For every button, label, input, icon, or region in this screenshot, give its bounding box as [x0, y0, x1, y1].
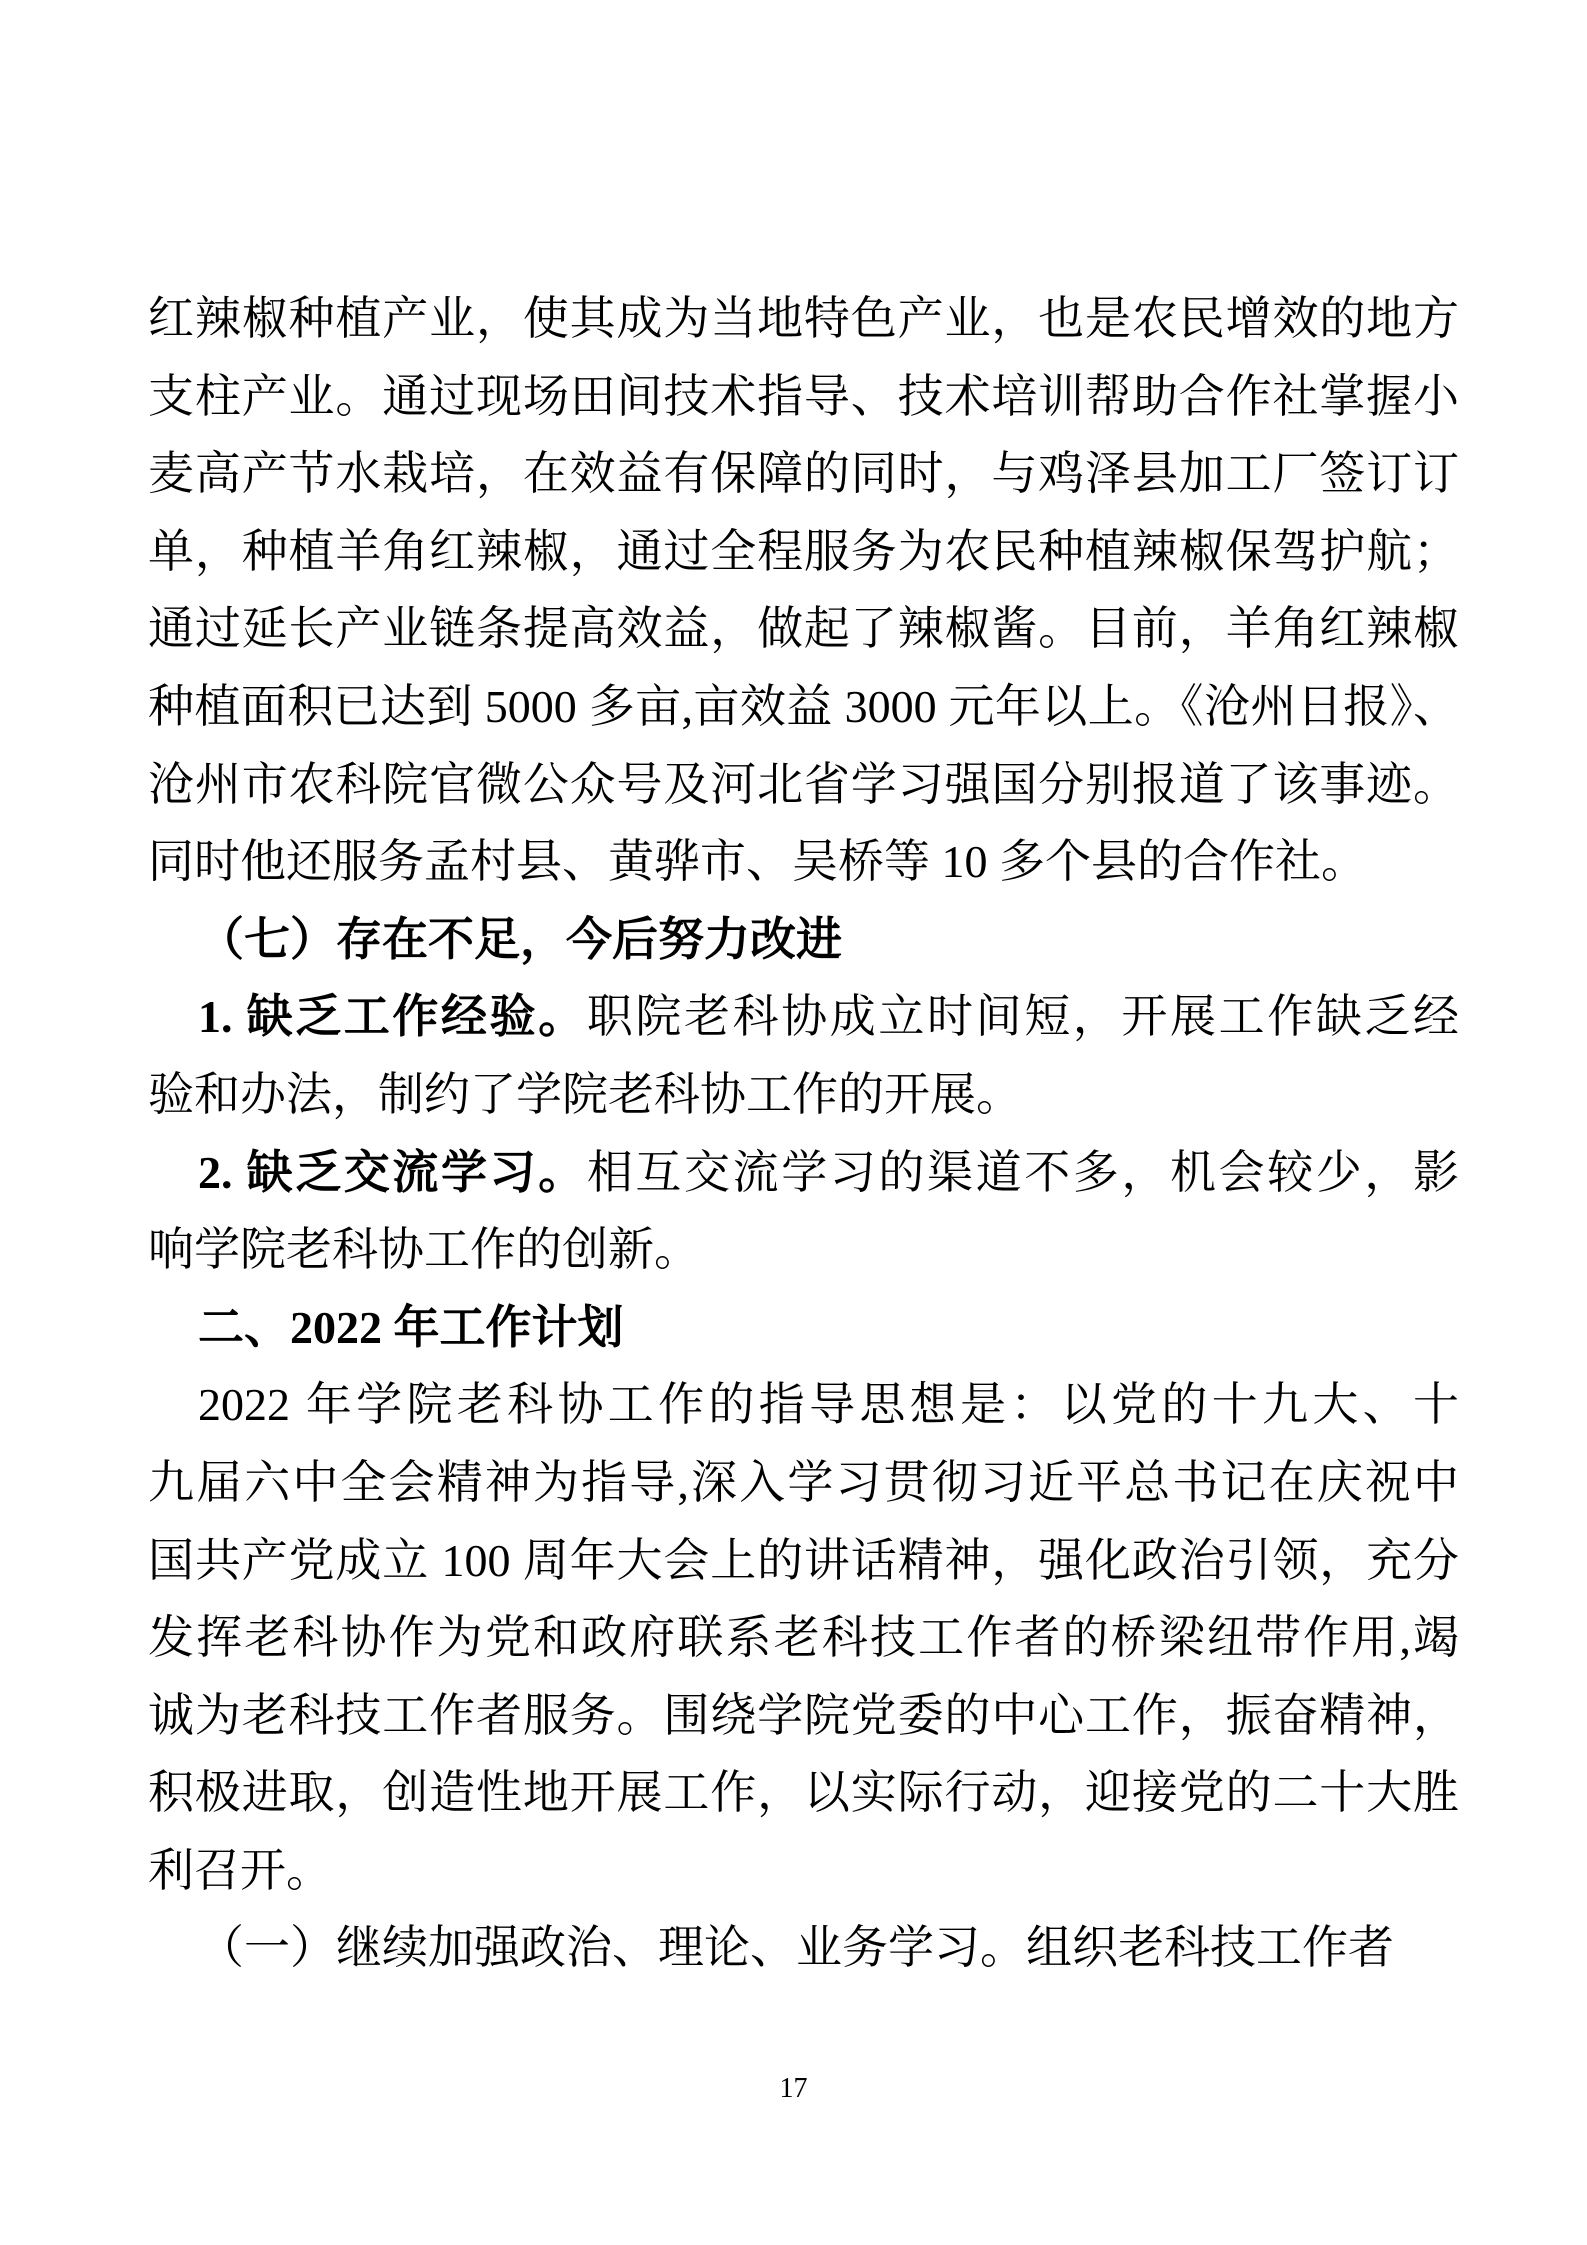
text-line: 种植面积已达到 5000 多亩,亩效益 3000 元年以上。《沧州日报》、 — [148, 668, 1459, 746]
text-line: 支柱产业。通过现场田间技术指导、技术培训帮助合作社掌握小 — [148, 358, 1459, 436]
text-line: 积极进取，创造性地开展工作，以实际行动，迎接党的二十大胜 — [148, 1754, 1459, 1832]
subitem-text: 相互交流学习的渠道不多，机会较少，影 — [587, 1147, 1459, 1198]
text-line: 发挥老科协作为党和政府联系老科技工作者的桥梁纽带作用,竭 — [148, 1599, 1459, 1677]
section-heading: 二、2022 年工作计划 — [148, 1289, 1459, 1367]
text-line: 单，种植羊角红辣椒，通过全程服务为农民种植辣椒保驾护航； — [148, 513, 1459, 591]
text-line: 通过延长产业链条提高效益，做起了辣椒酱。目前，羊角红辣椒 — [148, 590, 1459, 668]
text-line: 九届六中全会精神为指导,深入学习贯彻习近平总书记在庆祝中 — [148, 1444, 1459, 1522]
text-block: 红辣椒种植产业，使其成为当地特色产业，也是农民增效的地方 支柱产业。通过现场田间… — [148, 280, 1459, 1987]
text-line: 国共产党成立 100 周年大会上的讲话精神，强化政治引领，充分 — [148, 1522, 1459, 1600]
text-line: （一）继续加强政治、理论、业务学习。组织老科技工作者 — [148, 1909, 1459, 1987]
text-line: 红辣椒种植产业，使其成为当地特色产业，也是农民增效的地方 — [148, 280, 1459, 358]
text-line: 验和办法，制约了学院老科协工作的开展。 — [148, 1056, 1459, 1134]
subitem-text: 职院老科协成立时间短，开展工作缺乏经 — [587, 991, 1459, 1042]
subitem-label: 1. 缺乏工作经验。 — [198, 991, 587, 1042]
text-line: 麦高产节水栽培，在效益有保障的同时，与鸡泽县加工厂签订订 — [148, 435, 1459, 513]
text-line: 1. 缺乏工作经验。职院老科协成立时间短，开展工作缺乏经 — [148, 978, 1459, 1056]
document-page: 红辣椒种植产业，使其成为当地特色产业，也是农民增效的地方 支柱产业。通过现场田间… — [0, 0, 1587, 2245]
text-line: 2. 缺乏交流学习。相互交流学习的渠道不多，机会较少，影 — [148, 1134, 1459, 1212]
text-line: 2022 年学院老科协工作的指导思想是：以党的十九大、十 — [148, 1366, 1459, 1444]
text-line: 诚为老科技工作者服务。围绕学院党委的中心工作，振奋精神， — [148, 1677, 1459, 1755]
text-line: 响学院老科协工作的创新。 — [148, 1211, 1459, 1289]
subitem-label: 2. 缺乏交流学习。 — [198, 1147, 587, 1198]
section-heading: （七）存在不足，今后努力改进 — [148, 901, 1459, 979]
text-line: 同时他还服务孟村县、黄骅市、吴桥等 10 多个县的合作社。 — [148, 823, 1459, 901]
page-footer: 17 — [0, 2072, 1587, 2106]
text-line: 沧州市农科院官微公众号及河北省学习强国分别报道了该事迹。 — [148, 746, 1459, 824]
text-line: 利召开。 — [148, 1832, 1459, 1910]
page-number: 17 — [780, 2073, 808, 2104]
